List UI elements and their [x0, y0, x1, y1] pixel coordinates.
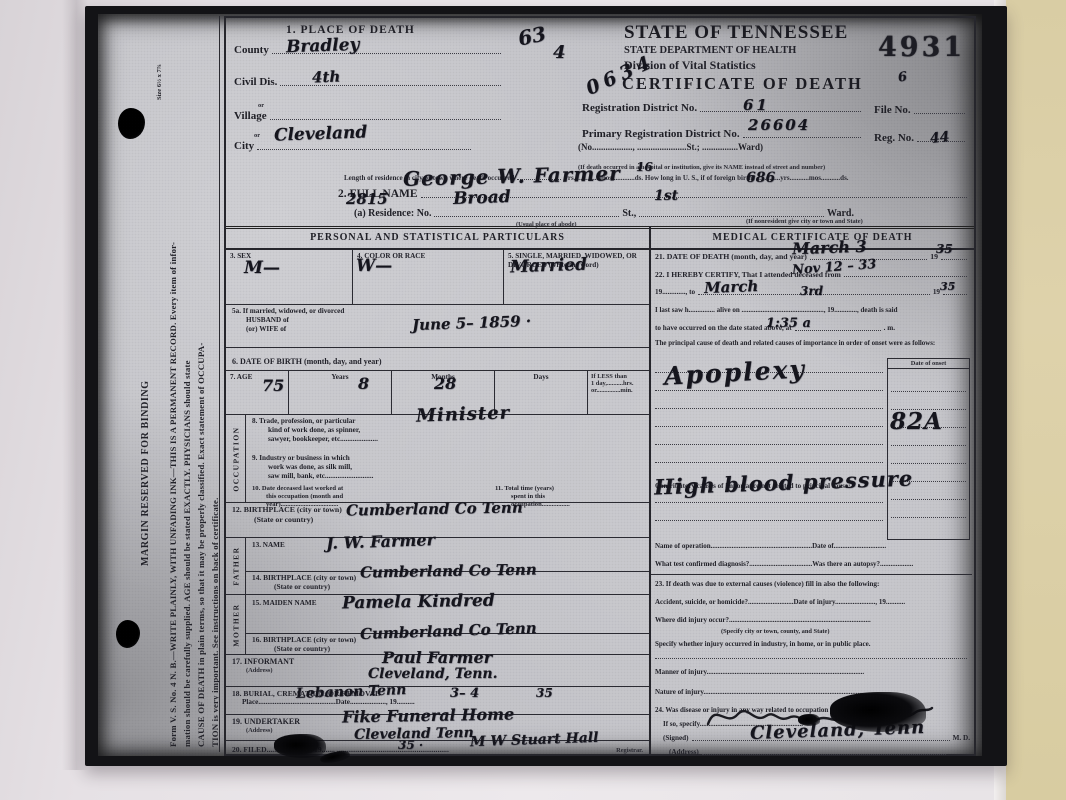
- residence-no-handwriting: 2815: [346, 190, 388, 208]
- mother-name-handwriting: Pamela Kindred: [342, 591, 495, 614]
- cause-rule: [655, 426, 883, 427]
- mother-side-label: MOTHER: [231, 603, 240, 646]
- medical-column: 21. DATE OF DEATH (month, day, and year)…: [651, 250, 974, 754]
- date-of-onset-box: Date of onset: [887, 358, 970, 540]
- county-label: County: [234, 44, 269, 56]
- manner-injury-label: Manner of injury........................…: [655, 668, 970, 677]
- full-name-extra-handwriting: 686: [746, 170, 775, 186]
- civil-district-label: Civil Dis.: [234, 76, 277, 88]
- onset-rule: [891, 463, 966, 464]
- nb-instructions: Form V. S. No. 4 N. B.—WRITE PLAINLY, WI…: [166, 242, 222, 747]
- city-line: [257, 149, 471, 150]
- cause-rule: [655, 390, 883, 391]
- totaltime-label-2: spent in this: [511, 493, 645, 501]
- birthplace-handwriting: Cumberland Co Tenn: [346, 498, 523, 519]
- am-label: . m.: [884, 324, 895, 333]
- village-line: [270, 119, 501, 120]
- mother-side-cell: MOTHER: [226, 595, 246, 654]
- certify-to-year-handwriting: 35: [940, 280, 955, 293]
- county-code2-handwriting: 4: [553, 42, 566, 63]
- onset-rule: [891, 517, 966, 518]
- undertaker-handwriting: Fike Funeral Home: [342, 704, 514, 726]
- city-label: City: [234, 140, 254, 152]
- injury-rule: [655, 658, 967, 659]
- city-handwriting: Cleveland: [274, 122, 368, 145]
- address-line: [702, 754, 946, 755]
- reg-no-handwriting: 44: [929, 129, 950, 147]
- residence-ward-handwriting: 1st: [654, 188, 678, 204]
- desk-background: [1004, 0, 1066, 800]
- state-title: STATE OF TENNESSEE: [624, 22, 848, 44]
- village-label: Village: [234, 110, 267, 122]
- age-days-handwriting: 28: [434, 374, 456, 393]
- trade-label-3: sawyer, bookkeeper, etc.................…: [268, 435, 643, 444]
- onset-rule: [891, 499, 966, 500]
- less-label-2: 1 day,..........hrs.: [591, 380, 646, 387]
- where-injury-label: Where did injury occur?.................…: [655, 616, 970, 625]
- date-of-onset-header: Date of onset: [888, 359, 969, 369]
- accident-label: Accident, suicide, or homicide?.........…: [655, 598, 970, 607]
- age-years-handwriting: 75: [262, 376, 284, 395]
- industry-label-3: saw mill, bank, etc.....................…: [268, 472, 643, 481]
- dob-label: 6. DATE OF BIRTH (month, day, and year): [232, 357, 382, 366]
- form-columns: 3. SEX 4. COLOR OR RACE 5. SINGLE, MARRI…: [226, 250, 974, 754]
- or-word-2: or: [254, 132, 260, 139]
- industry-label-2: work was done, as silk mill,: [268, 463, 643, 472]
- certificate-number-note: 6: [897, 69, 908, 85]
- external-causes-label: 23. If death was due to external causes …: [655, 580, 970, 589]
- age-months-handwriting: 8: [358, 374, 369, 393]
- color-handwriting: W—: [356, 256, 392, 276]
- registration-district-handwriting: 61: [743, 96, 770, 114]
- ink-blot-signature: [830, 692, 926, 732]
- dob-row: 6. DATE OF BIRTH (month, day, and year): [226, 347, 649, 370]
- ward-line: [639, 216, 824, 217]
- primary-registration-handwriting: 26604: [748, 116, 810, 134]
- certificate-number-stamp: 4931: [878, 32, 965, 63]
- registration-district-line: [700, 111, 861, 112]
- date-of-death-handwriting: March 3: [792, 237, 867, 259]
- father-side-cell: FATHER: [226, 538, 246, 594]
- date-of-death-label: 21. DATE OF DEATH (month, day, and year): [655, 252, 807, 262]
- civil-district-handwriting: 4th: [312, 68, 341, 87]
- reg-no-label: Reg. No.: [874, 132, 914, 144]
- less-label-3: or...............min.: [591, 387, 646, 394]
- no-st-ward-label: (No.................., .................…: [578, 142, 763, 152]
- totaltime-label-1: 11. Total time (years): [495, 485, 645, 493]
- registration-district-label: Registration District No.: [582, 102, 697, 114]
- personal-section-title: PERSONAL AND STATISTICAL PARTICULARS: [226, 226, 651, 248]
- burial-date-handwriting: 3– 4: [450, 686, 479, 701]
- nonresident-note: (If nonresident give city or town and St…: [746, 218, 863, 225]
- dod-year-line: [941, 259, 967, 260]
- filed-year-handwriting: 35 ·: [398, 738, 423, 752]
- contributory-rule: [655, 520, 883, 521]
- onset-rule: [891, 445, 966, 446]
- residence-label: (a) Residence: No.: [354, 208, 431, 219]
- address-label: (Address): [669, 748, 699, 757]
- nb-line-1: Form V. S. No. 4 N. B.—WRITE PLAINLY, WI…: [166, 242, 180, 747]
- residence-street-handwriting: Broad: [453, 187, 511, 209]
- certify-to-month-handwriting: March: [704, 277, 759, 297]
- nature-injury-label: Nature of injury........................…: [655, 688, 970, 697]
- certify-to-day-handwriting: 3rd: [800, 284, 823, 298]
- county-handwriting: Bradley: [286, 35, 360, 58]
- father-birthplace-handwriting: Cumberland Co Tenn: [360, 560, 537, 581]
- industry-home-note: Specify whether injury occurred in indus…: [655, 640, 970, 649]
- photocopy-scan: Size 6½ x 7⅞ MARGIN RESERVED FOR BINDING…: [85, 6, 1007, 766]
- file-no-line: [914, 113, 965, 114]
- occupation-side-cell: OCCUPATION: [226, 415, 246, 502]
- certify-line2b-label: 19: [933, 288, 940, 297]
- informant-address-handwriting: Cleveland, Tenn.: [368, 666, 497, 682]
- occupation-group: OCCUPATION 8. Trade, profession, or part…: [226, 414, 649, 502]
- certify-line: [844, 276, 967, 277]
- specify-city-note: (Specify city or town, county, and State…: [721, 628, 970, 635]
- punch-hole-bottom: [116, 620, 140, 648]
- cause-rule: [655, 462, 883, 463]
- certify-line2-label: 19............., to: [655, 288, 695, 297]
- punch-hole-top: [118, 108, 145, 139]
- sex-handwriting: M—: [244, 258, 280, 278]
- certificate-title: CERTIFICATE OF DEATH: [622, 74, 863, 94]
- residence-no-line: [434, 216, 619, 217]
- nb-line-2: mation should be carefully supplied. AGE…: [180, 242, 194, 747]
- lastwork-label-1: 10. Date deceased last worked at: [252, 485, 485, 493]
- cause-rule: [655, 444, 883, 445]
- occupation-side-label: OCCUPATION: [231, 426, 240, 491]
- residence-length-handwriting: 16: [636, 160, 653, 174]
- signed-label: (Signed): [663, 734, 689, 743]
- burial-label: 18. BURIAL, CREMATION, OR REMOVAL: [232, 689, 643, 698]
- nb-line-3: CAUSE OF DEATH in plain terms, so that i…: [194, 242, 208, 747]
- less-than-day-cell: If LESS than 1 day,..........hrs. or....…: [587, 371, 649, 414]
- margin-reserved-note: MARGIN RESERVED FOR BINDING: [140, 380, 151, 566]
- double-rule: [219, 16, 220, 752]
- occupation-handwriting: Minister: [416, 402, 511, 426]
- file-no-label: File No.: [874, 104, 911, 116]
- father-bp-label-2: (State or country): [274, 582, 643, 591]
- marital-handwriting: Married: [510, 255, 588, 278]
- st-label: St.,: [622, 208, 636, 219]
- contributory-rule: [655, 502, 883, 503]
- time-of-death-handwriting: 1:35 a: [766, 316, 811, 331]
- or-word-1: or: [258, 102, 264, 109]
- age-years-label: Years: [288, 371, 391, 414]
- cause-rule: [655, 408, 883, 409]
- father-side-label: FATHER: [231, 546, 240, 585]
- burial-year-handwriting: 35: [536, 686, 553, 700]
- photo-of-document: Size 6½ x 7⅞ MARGIN RESERVED FOR BINDING…: [0, 0, 1066, 800]
- test-label: What test confirmed diagnosis?..........…: [655, 560, 970, 569]
- industry-label-1: 9. Industry or business in which: [252, 454, 643, 463]
- md-label: M. D.: [953, 734, 970, 743]
- form-size-note: Size 6½ x 7⅞: [156, 64, 163, 100]
- primary-registration-line: [743, 137, 861, 138]
- informant-handwriting: Paul Farmer: [382, 648, 492, 667]
- principal-cause-label: The principal cause of death and related…: [655, 340, 967, 349]
- death-certificate: Size 6½ x 7⅞ MARGIN RESERVED FOR BINDING…: [98, 14, 982, 756]
- onset-code-handwriting: 82A: [890, 408, 943, 435]
- ink-blot-filed: [274, 734, 326, 758]
- last-saw-label: I last saw h............... alive on ...…: [655, 306, 970, 315]
- ink-blot-small: [798, 714, 820, 726]
- dod-year-handwriting: 35: [936, 242, 953, 256]
- certify-year-line: [943, 294, 967, 295]
- section-divider-rule: [651, 574, 972, 575]
- less-label-1: If LESS than: [591, 373, 646, 380]
- trade-label-2: kind of work done, as spinner,: [268, 426, 643, 435]
- primary-registration-label: Primary Registration District No.: [582, 128, 740, 140]
- operation-label: Name of operation.......................…: [655, 542, 970, 551]
- registrar-label: Registrar.: [616, 747, 643, 754]
- industry-row: 9. Industry or business in which work wa…: [246, 453, 649, 485]
- onset-rule: [891, 391, 966, 392]
- father-name-handwriting: J. W. Farmer: [326, 530, 436, 553]
